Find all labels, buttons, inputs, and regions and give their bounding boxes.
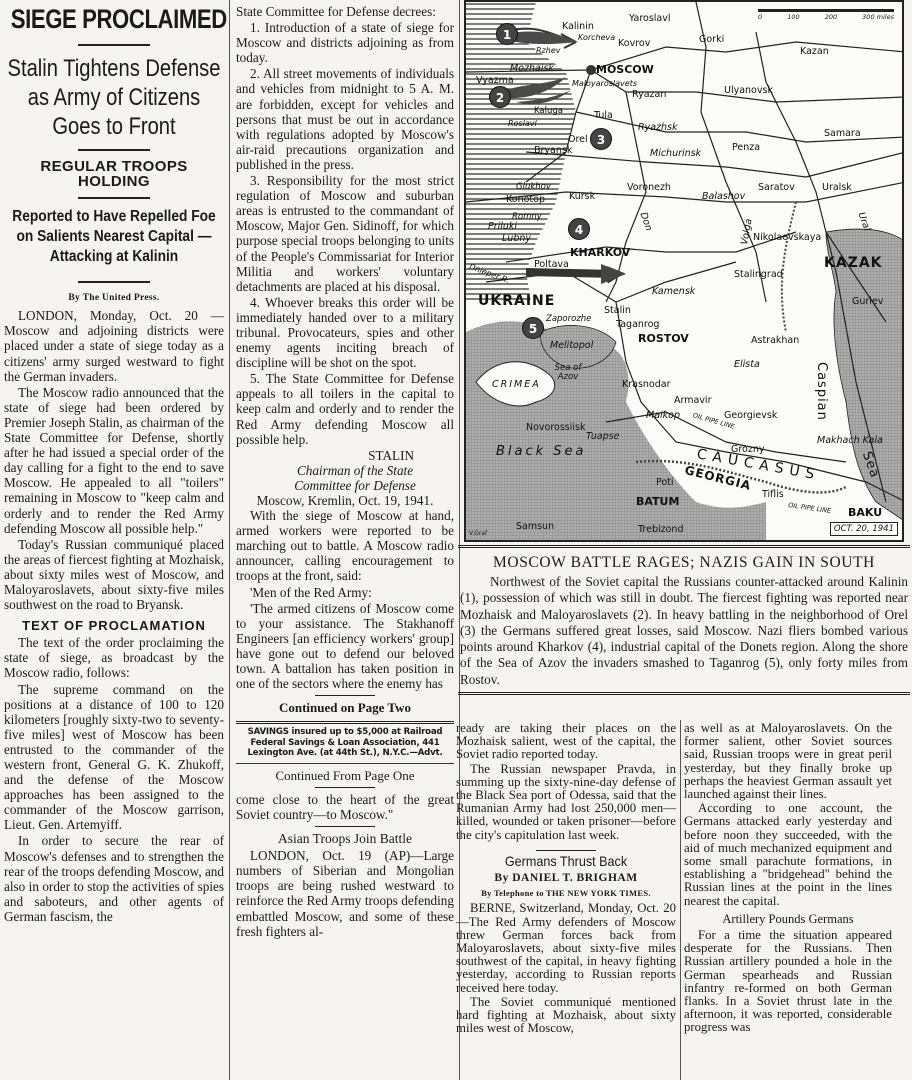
- dateline: LONDON, Monday, Oct. 20 —: [18, 308, 224, 323]
- divider: [315, 695, 375, 696]
- wire-credit: By The United Press.: [4, 291, 224, 306]
- map-credit: V.Graf: [469, 530, 487, 537]
- decree-item: 4. Whoever breaks this order will be imm…: [236, 295, 454, 370]
- headline-divider: [78, 44, 150, 46]
- column-rule: [229, 0, 230, 1080]
- column-four: as well as at Maloyaroslavets. On the fo…: [684, 722, 892, 1036]
- headline-divider: [78, 197, 150, 199]
- article-paragraph: LONDON, Monday, Oct. 20 — Moscow and adj…: [4, 308, 224, 383]
- article-paragraph: 'The armed citizens of Moscow come to yo…: [236, 601, 454, 692]
- city-konotop: Konotop: [506, 195, 545, 205]
- decree-item: 2. All street movements of individuals a…: [236, 66, 454, 172]
- city-makhach-kala: Makhach Kala: [817, 436, 883, 446]
- article-paragraph: According to one account, the Germans at…: [684, 802, 892, 908]
- map-date-stamp: OCT. 20, 1941: [830, 522, 898, 536]
- city-gorki: Gorki: [699, 35, 724, 45]
- article-paragraph: The Moscow radio announced that the stat…: [4, 385, 224, 536]
- city-samara: Samara: [824, 129, 861, 139]
- article-paragraph: 'Men of the Red Army:: [236, 585, 454, 600]
- map-marker-1: 1: [496, 23, 518, 45]
- column-three: ready are taking their places on the Moz…: [456, 722, 676, 1036]
- city-melitopol: Melitopol: [550, 341, 593, 351]
- map-graphic: [466, 2, 904, 542]
- city-uralsk: Uralsk: [822, 183, 852, 193]
- subhead-artillery: Artillery Pounds Germans: [684, 913, 892, 926]
- city-glukhov: Glukhov: [516, 183, 551, 192]
- jump-link-continued-on[interactable]: Continued on Page Two: [236, 700, 454, 715]
- region-caspian: Caspian: [815, 362, 828, 421]
- wire-credit: By Telephone to THE NEW YORK TIMES.: [456, 887, 676, 900]
- city-saratov: Saratov: [758, 183, 795, 193]
- city-korcheva: Korcheva: [578, 34, 615, 42]
- divider: [315, 787, 375, 788]
- city-nikolaevskaya: Nikolaevskaya: [753, 233, 821, 243]
- article-paragraph: For a time the situation appeared desper…: [684, 929, 892, 1035]
- city-orel: Orel: [568, 135, 588, 145]
- city-kamensk: Kamensk: [652, 287, 695, 297]
- map-marker-2: 2: [489, 86, 511, 108]
- city-balashov: Balashov: [702, 192, 745, 202]
- city-rostov: ROSTOV: [638, 333, 689, 344]
- article-paragraph: BERNE, Switzerland, Monday, Oct. 20—The …: [456, 902, 676, 994]
- region-kazak: KAZAK: [824, 256, 883, 270]
- article-paragraph: The Soviet communiqué mentioned hard fig…: [456, 996, 676, 1036]
- divider: [315, 826, 375, 827]
- city-roslavl: Roslavl: [508, 120, 537, 128]
- decree-item: 5. The State Committee for Defense appea…: [236, 371, 454, 446]
- headline-sub: Reported to Have Repelled Foe on Salient…: [9, 207, 219, 267]
- column-decrees: State Committee for Defense decrees: 1. …: [236, 4, 454, 940]
- caption-rule: [458, 545, 910, 548]
- city-novorossiisk: Novorossiisk: [526, 423, 586, 433]
- signature-title: Chairman of the State: [236, 463, 454, 478]
- city-astrakhan: Astrakhan: [751, 336, 799, 346]
- article-paragraph: as well as at Maloyaroslavets. On the fo…: [684, 722, 892, 801]
- region-crimea: CRIMEA: [492, 380, 541, 390]
- city-samsun: Samsun: [516, 522, 554, 532]
- headline-divider: [78, 149, 150, 151]
- divider: [536, 850, 596, 851]
- signature-title: Committee for Defense: [236, 478, 454, 493]
- advertisement: SAVINGS insured up to $5,000 at Railroad…: [236, 727, 454, 764]
- byline: By DANIEL T. BRIGHAM: [456, 872, 676, 885]
- city-elista: Elista: [734, 360, 760, 370]
- caption-headline: MOSCOW BATTLE RAGES; NAZIS GAIN IN SOUTH: [458, 554, 910, 572]
- city-kovrov: Kovrov: [618, 39, 650, 49]
- article-paragraph: LONDON, Oct. 19 (AP)—Large numbers of Si…: [236, 848, 454, 939]
- region-black-sea: Black Sea: [496, 445, 587, 458]
- map-caption: MOSCOW BATTLE RAGES; NAZIS GAIN IN SOUTH…: [458, 545, 910, 695]
- signature-place-date: Moscow, Kremlin, Oct. 19, 1941.: [236, 493, 454, 508]
- city-maloyaroslavets: Maloyaroslavets: [572, 80, 637, 88]
- headline-divider: [78, 281, 150, 283]
- city-kazan: Kazan: [800, 47, 829, 57]
- city-priluki: Priluki: [488, 222, 517, 232]
- city-poti: Poti: [656, 478, 674, 488]
- city-penza: Penza: [732, 143, 760, 153]
- city-poltava: Poltava: [534, 260, 569, 270]
- city-ryazan: Ryazan: [632, 90, 666, 100]
- city-taganrog: Taganrog: [616, 320, 659, 330]
- city-rzhev: Rzhev: [536, 47, 560, 55]
- city-moscow: MOSCOW: [596, 64, 654, 75]
- city-voronezh: Voronezh: [627, 183, 671, 193]
- region-ukraine: UKRAINE: [478, 294, 555, 308]
- headline-caps: REGULAR TROOPS HOLDING: [4, 159, 224, 189]
- map-marker-3: 3: [590, 128, 612, 150]
- map-marker-4: 4: [568, 218, 590, 240]
- decree-lead: State Committee for Defense decrees:: [236, 4, 454, 19]
- city-krasnodar: Krasnodar: [622, 380, 671, 390]
- city-georgievsk: Georgievsk: [724, 411, 777, 421]
- city-yaroslavl: Yaroslavl: [629, 14, 671, 24]
- city-bryansk: Bryansk: [534, 146, 572, 156]
- headline-main: SIEGE PROCLAIMED: [4, 2, 234, 36]
- jump-continued-from: Continued From Page One: [236, 768, 454, 783]
- headline-deck: Stalin Tightens Defense as Army of Citiz…: [5, 54, 223, 141]
- article-paragraph: With the siege of Moscow at hand, armed …: [236, 508, 454, 583]
- city-michurinsk: Michurinsk: [650, 149, 701, 159]
- decree-item: 3. Responsibility for the most strict re…: [236, 173, 454, 294]
- subhead-proclamation: TEXT OF PROCLAMATION: [4, 618, 224, 633]
- city-guriev: Guriev: [852, 297, 883, 307]
- article-paragraph: The Russian newspaper Pravda, in summing…: [456, 763, 676, 842]
- map-marker-5: 5: [522, 317, 544, 339]
- city-zaporozhe: Zaporozhe: [546, 315, 591, 324]
- decree-item: 1. Introduction of a state of siege for …: [236, 20, 454, 65]
- subhead-germans-thrust-back: Germans Thrust Back: [467, 855, 665, 868]
- city-kaluga: Kaluga: [534, 107, 563, 116]
- region-sea-of-azov: Sea of Azov: [548, 364, 588, 381]
- article-paragraph: In order to secure the rear of Moscow's …: [4, 833, 224, 924]
- section-rule: [236, 721, 454, 724]
- subhead-asian-troops: Asian Troops Join Battle: [236, 831, 454, 846]
- caption-body: Northwest of the Soviet capital the Russ…: [458, 574, 910, 688]
- signature: STALIN: [236, 448, 454, 463]
- city-batum: BATUM: [636, 496, 679, 507]
- city-armavir: Armavir: [674, 396, 711, 406]
- column-rule: [680, 720, 681, 1080]
- city-kharkov: KHARKOV: [570, 247, 630, 258]
- city-kalinin: Kalinin: [562, 22, 594, 32]
- city-ulyanovsk: Ulyanovsk: [724, 86, 773, 96]
- column-main-article: SIEGE PROCLAIMED Stalin Tightens Defense…: [4, 0, 224, 925]
- city-baku: BAKU: [848, 507, 882, 518]
- city-ryazhsk: Ryazhsk: [638, 123, 678, 133]
- city-mozhaisk: Mozhaisk: [510, 64, 554, 74]
- city-tuapse: Tuapse: [586, 432, 620, 442]
- city-tula: Tula: [594, 111, 613, 121]
- city-tiflis: Tiflis: [762, 490, 784, 500]
- city-kursk: Kursk: [569, 192, 595, 202]
- continuation-text: come close to the heart of the great Sov…: [236, 792, 454, 822]
- city-stalingrad: Stalingrad: [734, 270, 783, 280]
- article-paragraph: The text of the order proclaiming the st…: [4, 635, 224, 680]
- city-vyazma: Vyazma: [476, 76, 514, 86]
- article-paragraph: Today's Russian communiqué placed the ar…: [4, 537, 224, 612]
- caption-rule: [458, 692, 910, 695]
- city-maikop: Maikop: [646, 411, 680, 421]
- war-map: 0 100 200 300 miles 1 2 3 4 5 Kalinin Ko…: [464, 0, 904, 542]
- article-paragraph: ready are taking their places on the Moz…: [456, 722, 676, 762]
- city-stalin: Stalin: [604, 306, 631, 316]
- article-paragraph: The supreme command on the positions at …: [4, 682, 224, 833]
- city-trebizond: Trebizond: [638, 525, 683, 535]
- city-lubny: Lubny: [502, 234, 531, 244]
- newspaper-page: SIEGE PROCLAIMED Stalin Tightens Defense…: [0, 0, 912, 1080]
- map-scale: 0 100 200 300 miles: [758, 9, 894, 21]
